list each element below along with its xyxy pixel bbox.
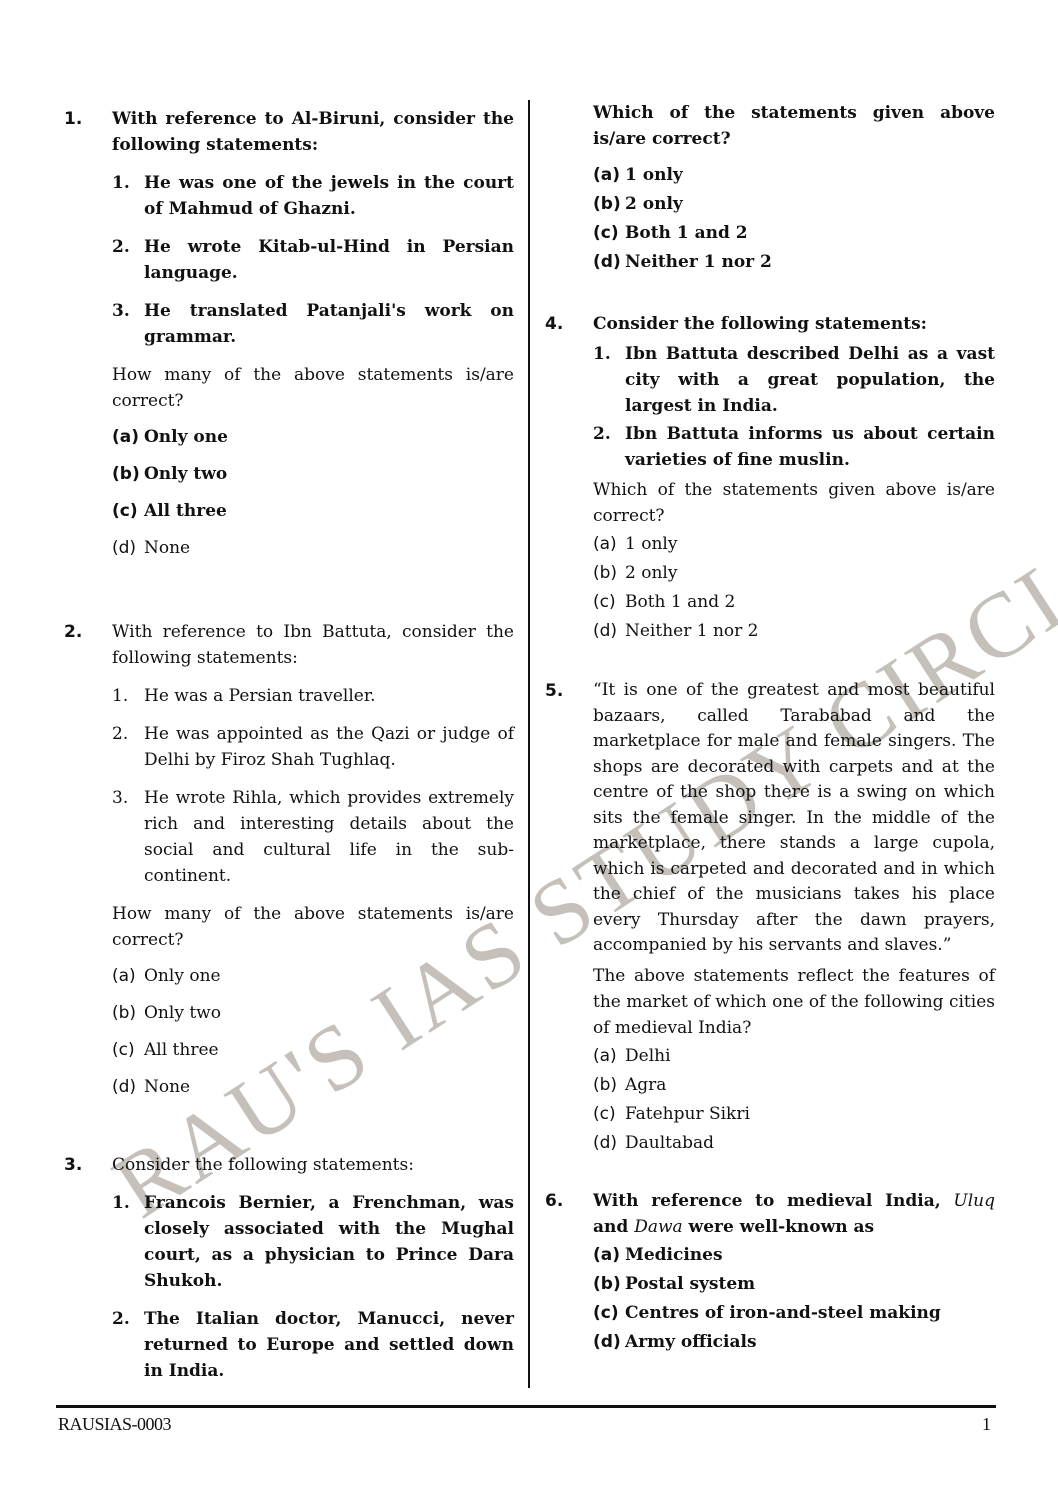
option-label: (b) <box>112 461 144 487</box>
question-stem: “It is one of the greatest and most beau… <box>593 678 995 959</box>
stem-text: With reference to medieval India, <box>593 1191 953 1211</box>
left-column: 1. With reference to Al-Biruni, consider… <box>64 106 514 1436</box>
options-list: (a)Delhi (b)Agra (c)Fatehpur Sikri (d)Da… <box>593 1043 995 1156</box>
option-label: (d) <box>112 535 144 561</box>
statement-number: 1. <box>112 1190 130 1216</box>
option-b[interactable]: (b)Postal system <box>593 1271 995 1297</box>
option-label: (a) <box>112 963 144 989</box>
statement-text: Ibn Battuta described Delhi as a vast ci… <box>625 344 995 416</box>
statement: 3.He wrote Rihla, which provides extreme… <box>112 785 514 889</box>
column-divider <box>528 100 530 1388</box>
statement: 2.The Italian doctor, Manucci, never ret… <box>112 1306 514 1384</box>
option-text: Only one <box>144 424 228 450</box>
option-text: Neither 1 nor 2 <box>625 618 759 644</box>
statement-number: 3. <box>112 785 128 811</box>
option-d[interactable]: (d)None <box>112 1074 514 1100</box>
statement-text: He wrote Kitab-ul-Hind in Persian langua… <box>144 237 514 283</box>
options-list: (a)1 only (b)2 only (c)Both 1 and 2 (d)N… <box>593 531 995 644</box>
option-a[interactable]: (a)Only one <box>112 424 514 450</box>
option-a[interactable]: (a)Delhi <box>593 1043 995 1069</box>
option-label: (b) <box>593 560 625 586</box>
stem-text: and <box>593 1217 634 1237</box>
footer-rule <box>56 1405 996 1408</box>
options-list: (a)Medicines (b)Postal system (c)Centres… <box>593 1242 995 1355</box>
question-number: 3. <box>64 1152 82 1178</box>
statement-list: 1.He was one of the jewels in the court … <box>112 170 514 350</box>
option-label: (a) <box>593 1043 625 1069</box>
option-b[interactable]: (b)2 only <box>593 560 995 586</box>
option-label: (a) <box>593 531 625 557</box>
option-c[interactable]: (c)Centres of iron-and-steel making <box>593 1300 995 1326</box>
statement-number: 1. <box>112 683 128 709</box>
question-3-continued: Which of the statements given above is/a… <box>545 100 995 275</box>
statement-text: He translated Patanjali's work on gramma… <box>144 301 514 347</box>
statement: 1.He was a Persian traveller. <box>112 683 514 709</box>
option-text: All three <box>144 1037 219 1063</box>
option-d[interactable]: (d)Neither 1 nor 2 <box>593 249 995 275</box>
option-label: (c) <box>112 498 144 524</box>
option-label: (a) <box>593 1242 625 1268</box>
question-number: 5. <box>545 678 563 704</box>
option-text: Army officials <box>625 1329 757 1355</box>
option-label: (d) <box>593 618 625 644</box>
option-c[interactable]: (c)All three <box>112 498 514 524</box>
option-label: (b) <box>593 1072 625 1098</box>
option-c[interactable]: (c)Fatehpur Sikri <box>593 1101 995 1127</box>
question-stem: With reference to medieval India, Uluq a… <box>593 1188 995 1240</box>
option-text: Only two <box>144 461 227 487</box>
statement-number: 1. <box>112 170 130 196</box>
options-list: (a)Only one (b)Only two (c)All three (d)… <box>112 424 514 561</box>
question-3: 3. Consider the following statements: 1.… <box>64 1152 514 1384</box>
option-text: Both 1 and 2 <box>625 589 735 615</box>
statement-text: Francois Bernier, a Frenchman, was close… <box>144 1193 514 1291</box>
statement-text: He was appointed as the Qazi or judge of… <box>144 724 514 770</box>
question-stem: With reference to Al-Biruni, consider th… <box>112 106 514 158</box>
question-5: 5. “It is one of the greatest and most b… <box>545 678 995 1156</box>
option-b[interactable]: (b)Only two <box>112 461 514 487</box>
question-prompt: Which of the statements given above is/a… <box>593 477 995 529</box>
stem-text: were well-known as <box>683 1217 874 1237</box>
option-text: 1 only <box>625 531 677 557</box>
option-label: (d) <box>593 249 625 275</box>
exam-page: RAU'S IAS STUDY CIRCLE 1. With reference… <box>0 0 1058 1497</box>
option-text: 1 only <box>625 162 683 188</box>
option-label: (d) <box>112 1074 144 1100</box>
question-stem: Consider the following statements: <box>112 1152 514 1178</box>
option-d[interactable]: (d)None <box>112 535 514 561</box>
option-label: (b) <box>112 1000 144 1026</box>
option-label: (d) <box>593 1130 625 1156</box>
question-stem: With reference to Ibn Battuta, consider … <box>112 619 514 671</box>
option-c[interactable]: (c)All three <box>112 1037 514 1063</box>
statement-list: 1.Ibn Battuta described Delhi as a vast … <box>593 341 995 473</box>
statement: 1.Ibn Battuta described Delhi as a vast … <box>593 341 995 419</box>
statement-number: 2. <box>112 234 130 260</box>
option-b[interactable]: (b)Agra <box>593 1072 995 1098</box>
question-stem: Consider the following statements: <box>593 311 995 337</box>
option-text: Fatehpur Sikri <box>625 1101 750 1127</box>
options-list: (a)1 only (b)2 only (c)Both 1 and 2 (d)N… <box>593 162 995 275</box>
option-c[interactable]: (c)Both 1 and 2 <box>593 589 995 615</box>
option-label: (d) <box>593 1329 625 1355</box>
statement: 2.He wrote Kitab-ul-Hind in Persian lang… <box>112 234 514 286</box>
statement: 1.He was one of the jewels in the court … <box>112 170 514 222</box>
statement-list: 1.Francois Bernier, a Frenchman, was clo… <box>112 1190 514 1384</box>
question-prompt: The above statements reflect the feature… <box>593 963 995 1041</box>
page-number: 1 <box>982 1414 991 1435</box>
option-text: Postal system <box>625 1271 755 1297</box>
question-6: 6. With reference to medieval India, Ulu… <box>545 1188 995 1355</box>
statement: 3.He translated Patanjali's work on gram… <box>112 298 514 350</box>
option-text: Centres of iron-and-steel making <box>625 1300 941 1326</box>
statement-number: 1. <box>593 341 611 367</box>
question-number: 6. <box>545 1188 563 1214</box>
option-d[interactable]: (d)Neither 1 nor 2 <box>593 618 995 644</box>
stem-italic-term: Dawa <box>634 1217 682 1237</box>
option-a[interactable]: (a)Medicines <box>593 1242 995 1268</box>
question-number: 2. <box>64 619 82 645</box>
statement-text: He wrote Rihla, which provides extremely… <box>144 788 514 886</box>
option-a[interactable]: (a)Only one <box>112 963 514 989</box>
option-label: (b) <box>593 1271 625 1297</box>
option-label: (b) <box>593 191 625 217</box>
option-text: Agra <box>625 1072 666 1098</box>
option-d[interactable]: (d)Daultabad <box>593 1130 995 1156</box>
statement-text: Ibn Battuta informs us about certain var… <box>625 424 995 470</box>
statement-number: 3. <box>112 298 130 324</box>
option-text: Only one <box>144 963 221 989</box>
option-label: (c) <box>112 1037 144 1063</box>
statement-list: 1.He was a Persian traveller. 2.He was a… <box>112 683 514 889</box>
question-prompt: Which of the statements given above is/a… <box>593 100 995 152</box>
option-text: Delhi <box>625 1043 671 1069</box>
option-c[interactable]: (c)Both 1 and 2 <box>593 220 995 246</box>
option-d[interactable]: (d)Army officials <box>593 1329 995 1355</box>
option-a[interactable]: (a)1 only <box>593 162 995 188</box>
option-label: (a) <box>593 162 625 188</box>
question-4: 4. Consider the following statements: 1.… <box>545 311 995 644</box>
question-prompt: How many of the above statements is/are … <box>112 901 514 953</box>
statement: 2.Ibn Battuta informs us about certain v… <box>593 421 995 473</box>
option-label: (c) <box>593 589 625 615</box>
option-text: Medicines <box>625 1242 723 1268</box>
statement-text: He was one of the jewels in the court of… <box>144 173 514 219</box>
option-a[interactable]: (a)1 only <box>593 531 995 557</box>
option-text: None <box>144 535 190 561</box>
option-text: Neither 1 nor 2 <box>625 249 772 275</box>
option-label: (c) <box>593 220 625 246</box>
option-text: Daultabad <box>625 1130 714 1156</box>
option-b[interactable]: (b)Only two <box>112 1000 514 1026</box>
document-code: RAUSIAS-0003 <box>58 1414 171 1435</box>
option-label: (c) <box>593 1300 625 1326</box>
statement-number: 2. <box>593 421 611 447</box>
statement-text: The Italian doctor, Manucci, never retur… <box>144 1309 514 1381</box>
statement-number: 2. <box>112 721 128 747</box>
option-text: Both 1 and 2 <box>625 220 748 246</box>
statement-number: 2. <box>112 1306 130 1332</box>
options-list: (a)Only one (b)Only two (c)All three (d)… <box>112 963 514 1100</box>
option-b[interactable]: (b)2 only <box>593 191 995 217</box>
option-text: Only two <box>144 1000 221 1026</box>
option-text: 2 only <box>625 191 683 217</box>
option-label: (c) <box>593 1101 625 1127</box>
statement-text: He was a Persian traveller. <box>144 686 376 706</box>
question-number: 1. <box>64 106 82 132</box>
option-text: None <box>144 1074 190 1100</box>
option-text: 2 only <box>625 560 677 586</box>
question-prompt: How many of the above statements is/are … <box>112 362 514 414</box>
stem-italic-term: Uluq <box>953 1191 995 1211</box>
statement: 2.He was appointed as the Qazi or judge … <box>112 721 514 773</box>
statement: 1.Francois Bernier, a Frenchman, was clo… <box>112 1190 514 1294</box>
option-text: All three <box>144 498 227 524</box>
question-number: 4. <box>545 311 563 337</box>
right-column: Which of the statements given above is/a… <box>545 100 995 1407</box>
option-label: (a) <box>112 424 144 450</box>
question-1: 1. With reference to Al-Biruni, consider… <box>64 106 514 561</box>
question-2: 2. With reference to Ibn Battuta, consid… <box>64 619 514 1100</box>
